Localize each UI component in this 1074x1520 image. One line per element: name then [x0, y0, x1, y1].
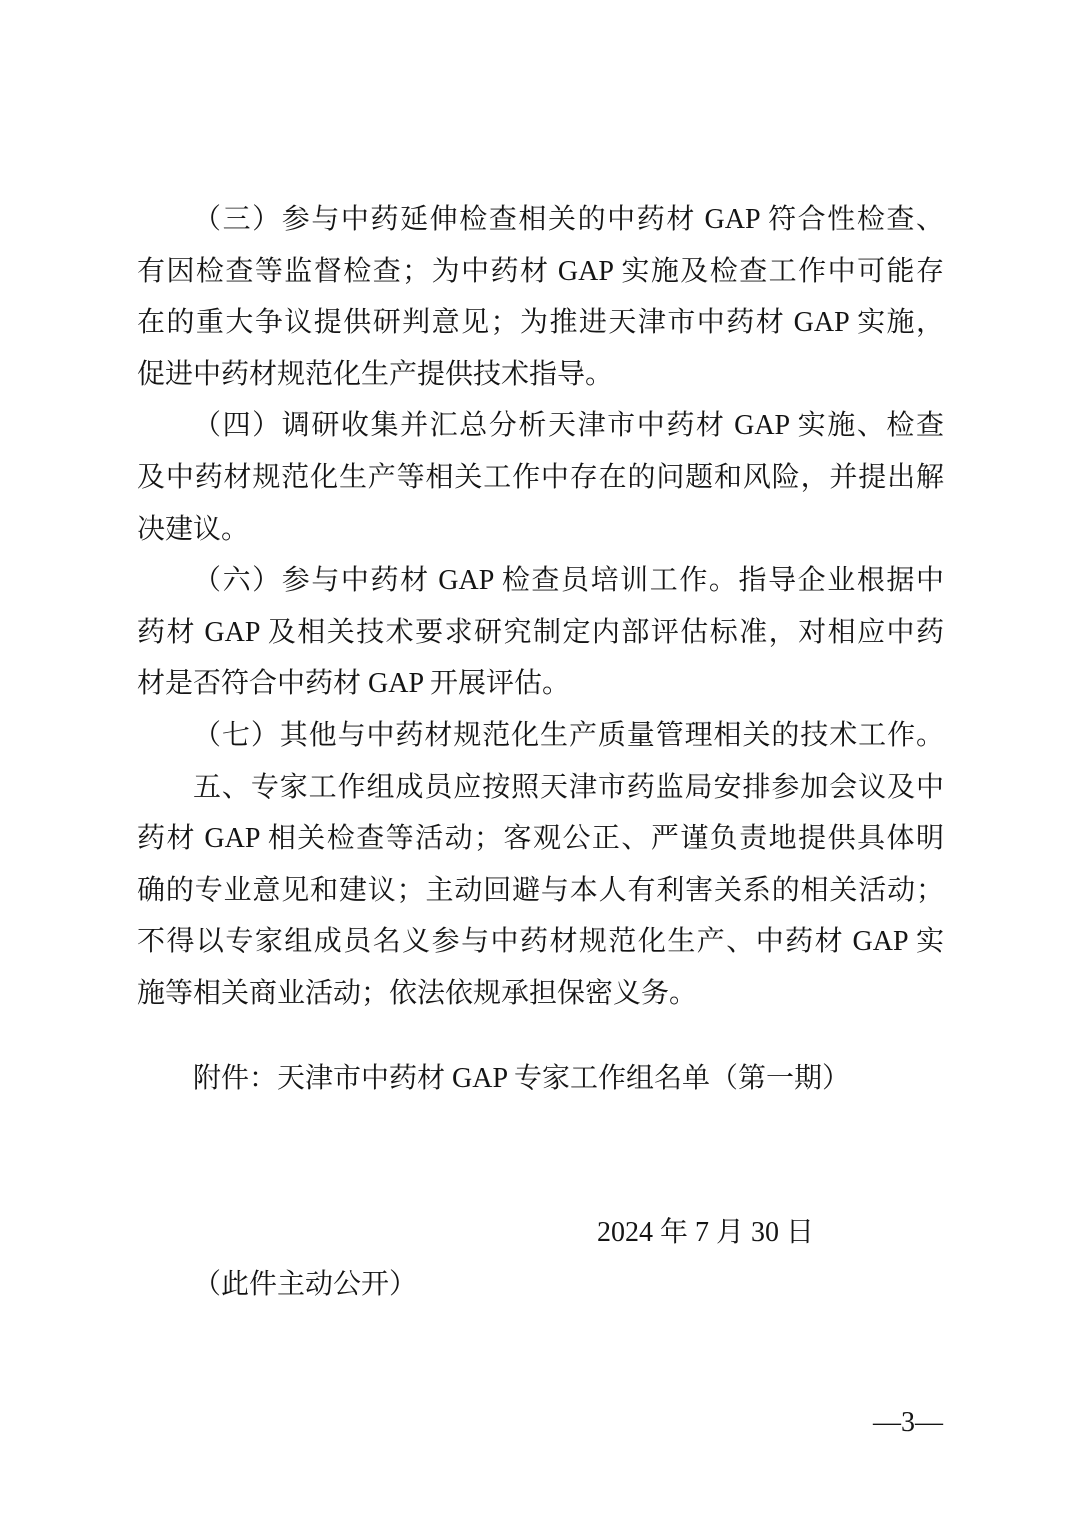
text-line: 不得以专家组成员名义参与中药材规范化生产、中药材 GAP 实: [137, 916, 944, 968]
date-line: 2024 年 7 月 30 日: [137, 1207, 944, 1259]
text-line: （四）调研收集并汇总分析天津市中药材 GAP 实施、检查: [137, 400, 944, 452]
disclosure-line: （此件主动公开）: [137, 1259, 944, 1311]
text-line: 及中药材规范化生产等相关工作中存在的问题和风险，并提出解: [137, 452, 944, 504]
page-number: —3—: [873, 1406, 943, 1440]
text-line: 促进中药材规范化生产提供技术指导。: [137, 349, 944, 401]
text-line: 有因检查等监督检查；为中药材 GAP 实施及检查工作中可能存: [137, 246, 944, 298]
text-line: 在的重大争议提供研判意见；为推进天津市中药材 GAP 实施，: [137, 297, 944, 349]
text-line: 确的专业意见和建议；主动回避与本人有利害关系的相关活动；: [137, 865, 944, 917]
paragraph: 五、专家工作组成员应按照天津市药监局安排参加会议及中药材 GAP 相关检查等活动…: [137, 762, 944, 1020]
document-body: （三）参与中药延伸检查相关的中药材 GAP 符合性检查、有因检查等监督检查；为中…: [137, 194, 944, 1020]
paragraph: （三）参与中药延伸检查相关的中药材 GAP 符合性检查、有因检查等监督检查；为中…: [137, 194, 944, 400]
text-line: （六）参与中药材 GAP 检查员培训工作。指导企业根据中: [137, 555, 944, 607]
paragraph: （七）其他与中药材规范化生产质量管理相关的技术工作。: [137, 710, 944, 762]
paragraph: （六）参与中药材 GAP 检查员培训工作。指导企业根据中药材 GAP 及相关技术…: [137, 555, 944, 710]
document-content: （三）参与中药延伸检查相关的中药材 GAP 符合性检查、有因检查等监督检查；为中…: [137, 0, 944, 1310]
paragraph: （四）调研收集并汇总分析天津市中药材 GAP 实施、检查及中药材规范化生产等相关…: [137, 400, 944, 555]
text-line: 药材 GAP 及相关技术要求研究制定内部评估标准，对相应中药: [137, 607, 944, 659]
text-line: 决建议。: [137, 504, 944, 556]
text-line: （三）参与中药延伸检查相关的中药材 GAP 符合性检查、: [137, 194, 944, 246]
attachment-line: 附件：天津市中药材 GAP 专家工作组名单（第一期）: [137, 1053, 944, 1105]
text-line: （七）其他与中药材规范化生产质量管理相关的技术工作。: [137, 710, 944, 762]
document-page: （三）参与中药延伸检查相关的中药材 GAP 符合性检查、有因检查等监督检查；为中…: [0, 0, 1074, 1520]
text-line: 五、专家工作组成员应按照天津市药监局安排参加会议及中: [137, 762, 944, 814]
text-line: 材是否符合中药材 GAP 开展评估。: [137, 658, 944, 710]
text-line: 施等相关商业活动；依法依规承担保密义务。: [137, 968, 944, 1020]
text-line: 药材 GAP 相关检查等活动；客观公正、严谨负责地提供具体明: [137, 813, 944, 865]
